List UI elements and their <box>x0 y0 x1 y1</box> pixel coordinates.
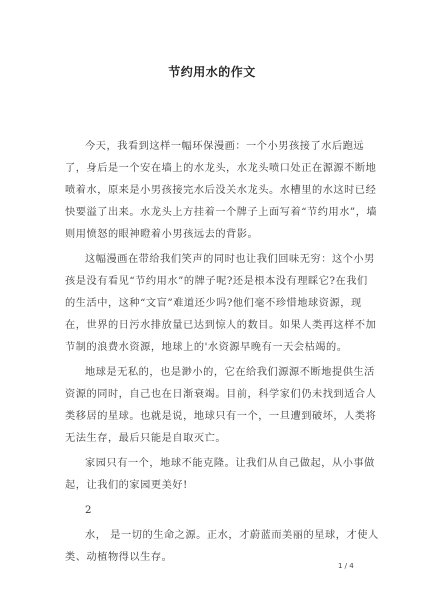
paragraph: 家园只有一个，地球不能克隆。让我们从自己做起，从小事做 起，让我们的家园更美好! <box>65 453 355 497</box>
paragraph: 这幅漫画在带给我们笑声的同时也让我们回味无穷：这个小男 孩是没有看见“节约用水”… <box>65 249 355 359</box>
text-line: 类、动植物得以生存。 <box>65 547 355 569</box>
text-line: 无法生存，最后只能是自取灭亡。 <box>65 428 355 450</box>
section-number: 2 <box>65 500 355 522</box>
text-line: 节制的浪费水资源，地球上的'水资源早晚有一天会枯竭的。 <box>65 337 355 359</box>
document-body: 今天，我看到这样一幅环保漫画：一个小男孩接了水后跑远 了，身后是一个安在墙上的水… <box>65 136 355 569</box>
text-line: 孩是没有看见“节约用水”的牌子呢?还是根本没有理睬它?在我们 <box>65 271 355 293</box>
document-page: 节约用水的作文 今天，我看到这样一幅环保漫画：一个小男孩接了水后跑远 了，身后是… <box>0 0 424 600</box>
text-line: 家园只有一个，地球不能克隆。让我们从自己做起，从小事做 <box>65 453 355 475</box>
text-line: 地球是无私的，也是渺小的，它在给我们源源不断地提供生活 <box>65 362 355 384</box>
paragraph: 水， 是一切的生命之源。正水，才蔚蓝而美丽的星球，才使人 类、动植物得以生存。 <box>65 525 355 569</box>
page-indicator: 1 / 4 <box>338 562 354 570</box>
text-line: 这幅漫画在带给我们笑声的同时也让我们回味无穷：这个小男 <box>65 249 355 271</box>
text-line: 了，身后是一个安在墙上的水龙头，水龙头喷口处正在源源不断地 <box>65 158 355 180</box>
document-title: 节约用水的作文 <box>0 63 424 80</box>
paragraph: 今天，我看到这样一幅环保漫画：一个小男孩接了水后跑远 了，身后是一个安在墙上的水… <box>65 136 355 246</box>
text-line: 快要溢了出来。水龙头上方挂着一个牌子上面写着“节约用水”，墙 <box>65 202 355 224</box>
paragraph: 地球是无私的，也是渺小的，它在给我们源源不断地提供生活 资源的同时，自己也在日渐… <box>65 362 355 450</box>
text-line: 起，让我们的家园更美好! <box>65 475 355 497</box>
text-line: 水， 是一切的生命之源。正水，才蔚蓝而美丽的星球，才使人 <box>65 525 355 547</box>
text-line: 类移居的星球。也就是说，地球只有一个，一旦遭到破坏，人类将 <box>65 406 355 428</box>
text-line: 在，世界的日污水排放量已达到惊人的数目。如果人类再这样不加 <box>65 315 355 337</box>
text-line: 喷着水，原来是小男孩接完水后没关水龙头。水槽里的水这时已经 <box>65 180 355 202</box>
text-line: 资源的同时，自己也在日渐衰竭。目前，科学家们仍未找到适合人 <box>65 384 355 406</box>
text-line: 的生活中，这种“文盲”难道还少吗?他们毫不珍惜地球资源，现 <box>65 293 355 315</box>
text-line: 2 <box>65 500 355 522</box>
text-line: 则用愤怒的眼神瞪着小男孩远去的背影。 <box>65 224 355 246</box>
text-line: 今天，我看到这样一幅环保漫画：一个小男孩接了水后跑远 <box>65 136 355 158</box>
